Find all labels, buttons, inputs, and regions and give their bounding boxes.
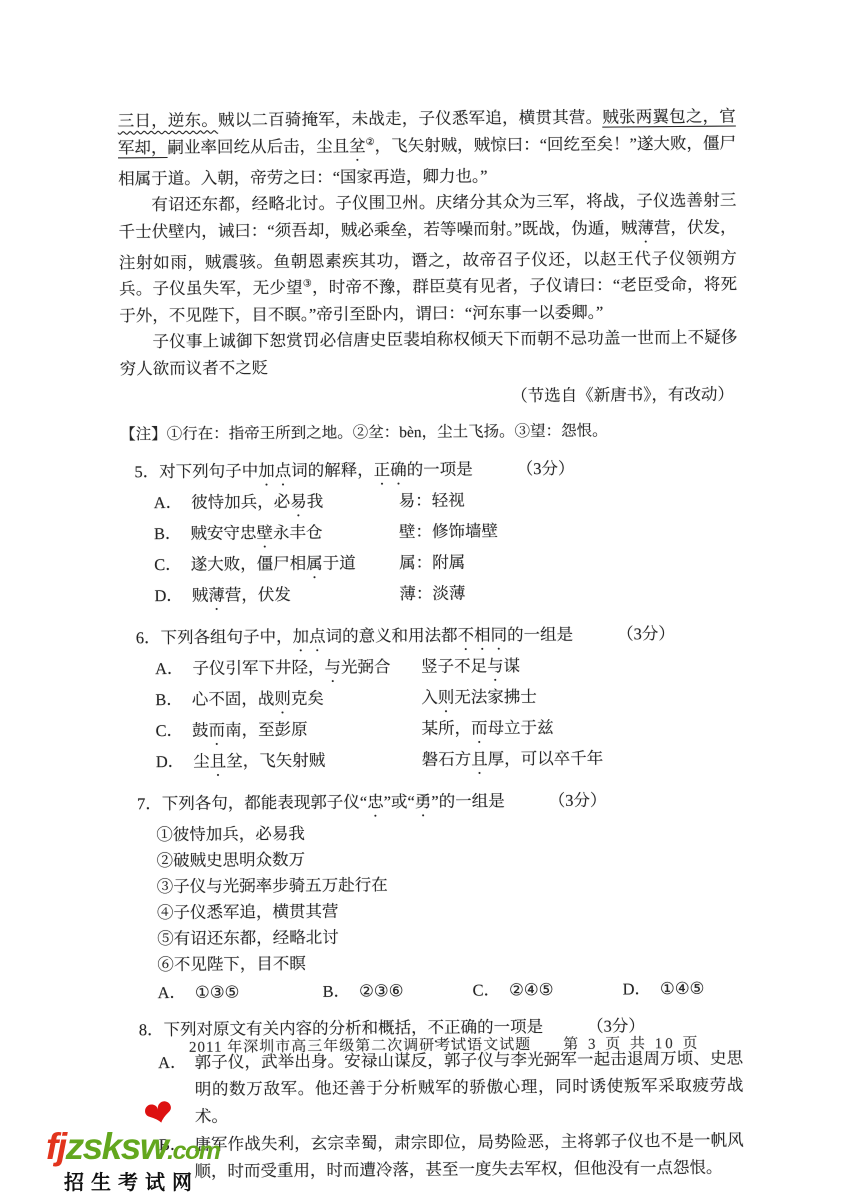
q5-option-b-text: 贼安守忠壁永丰仓: [190, 520, 322, 552]
footer-page-number: 第 3 页 共 10 页: [563, 1036, 700, 1053]
q6-option-c-label: C．: [155, 718, 183, 749]
passage-source-line: （节选自《新唐书》，有改动）: [120, 382, 738, 413]
watermark-site-main: zsksw: [66, 1126, 168, 1167]
q6-option-a-left: 子仪引军下井陉，与光弼合: [192, 654, 390, 687]
q7-stem-text: 7．下列各句，都能表现郭子仪“忠”或“勇”的一组是: [137, 791, 505, 813]
q7-points: （3分）: [549, 791, 607, 810]
q7-stem: 7．下列各句，都能表现郭子仪“忠”或“勇”的一组是（3分）: [123, 787, 741, 823]
q5-option-a-gloss: 易：轻视: [399, 488, 465, 520]
exam-content: 三日，逆东。贼以二百骑掩军，未战走，子仪悉军追，横贯其营。贼张两翼包之，官军却，…: [118, 104, 744, 1186]
q5-option-a: A．彼恃加兵，必易我 易：轻视: [121, 486, 739, 522]
q5-option-c-label: C．: [154, 552, 182, 583]
watermark-caption: 招生考试网: [64, 1166, 199, 1195]
q5-option-c-text: 遂大败，僵尸相属于道: [191, 551, 356, 583]
q5-option-c-gloss: 属：附属: [399, 550, 465, 582]
question-7: 7．下列各句，都能表现郭子仪“忠”或“勇”的一组是（3分） ①彼恃加兵，必易我 …: [123, 787, 743, 1007]
q5-option-d: D．贼薄营，伏发 薄：淡薄: [121, 579, 739, 615]
q7-choice-a: A．①③⑤: [157, 979, 322, 1006]
q6-option-a: A．子仪引军下井陉，与光弼合 竖子不足与谋: [122, 652, 740, 688]
q6-option-b-label: B．: [155, 687, 183, 718]
q5-option-d-gloss: 薄：淡薄: [399, 581, 465, 613]
question-6: 6．下列各组句子中，加点词的意义和用法都不相同的一组是（3分） A．子仪引军下井…: [122, 621, 741, 781]
watermark-logo: ❤ fjzsksw.com 招生考试网: [38, 1100, 268, 1200]
q5-stem: 5．对下列句子中加点词的解释，正确的一项是（3分）: [120, 455, 738, 491]
footer-exam-title: 2011 年深圳市高三年级第二次调研考试语文试题: [189, 1037, 531, 1056]
q6-option-c-left: 鼓而南，至彭原: [192, 717, 308, 749]
q6-stem-text: 6．下列各组句子中，加点词的意义和用法都不相同的一组是: [136, 625, 573, 647]
q7-choice-d: D．①④⑤: [622, 976, 704, 1003]
q5-option-b-label: B．: [154, 521, 182, 552]
q6-option-a-right: 竖子不足与谋: [421, 653, 520, 685]
q6-option-d-right: 磐石方且厚，可以卒千年: [422, 746, 604, 778]
q5-option-d-text: 贼薄营，伏发: [192, 582, 291, 614]
q5-option-a-text: 彼恃加兵，必易我: [191, 489, 323, 521]
q6-option-c-right: 某所，而母立于兹: [421, 715, 553, 747]
q5-points: （3分）: [517, 459, 575, 478]
q8-option-a-text: 郭子仪，武举出身。安禄山谋反，郭子仪与李光弼军一起击退周万顷、史思明的数万敌军。…: [194, 1045, 743, 1130]
q6-option-a-label: A．: [155, 656, 184, 687]
q5-option-c: C．遂大败，僵尸相属于道 属：附属: [121, 548, 739, 584]
watermark-site-tld: .com: [167, 1137, 219, 1165]
q6-option-d-left: 尘且坌，飞矢射贼: [193, 748, 325, 780]
q5-option-b: B．贼安守忠壁永丰仓 壁：修饰墙壁: [121, 517, 739, 553]
q5-option-a-label: A．: [154, 490, 183, 521]
q6-stem: 6．下列各组句子中，加点词的意义和用法都不相同的一组是（3分）: [122, 621, 740, 657]
q6-option-b-left: 心不固，战则克矣: [192, 686, 324, 718]
watermark-site-text: fjzsksw.com: [46, 1128, 219, 1165]
question-5: 5．对下列句子中加点词的解释，正确的一项是（3分） A．彼恃加兵，必易我 易：轻…: [120, 455, 739, 615]
scanned-exam-page: 三日，逆东。贼以二百骑掩军，未战走，子仪悉军追，横贯其营。贼张两翼包之，官军却，…: [0, 0, 850, 1203]
q6-option-b-right: 入则无法家拂士: [421, 684, 537, 716]
passage-paragraph-1: 三日，逆东。贼以二百骑掩军，未战走，子仪悉军追，横贯其营。贼张两翼包之，官军却，…: [118, 104, 737, 193]
q7-choice-b: B．②③⑥: [322, 978, 472, 1005]
q6-option-b: B．心不固，战则克矣 入则无法家拂士: [122, 683, 740, 719]
passage-notes-line: 【注】①行在：指帝王所到之地。②坌：bèn，尘土飞扬。③望：怨恨。: [120, 418, 738, 449]
q6-option-c: C．鼓而南，至彭原 某所，而母立于兹: [122, 714, 740, 750]
q6-option-d: D．尘且坌，飞矢射贼 磐石方且厚，可以卒千年: [123, 745, 741, 781]
passage-paragraph-2: 有诏还东都，经略北讨。子仪围卫州。庆绪分其众为三军，将战，子仪选善射三千士伏壁内…: [118, 188, 737, 330]
q7-item-6: ⑥不见陛下，目不瞑: [124, 948, 742, 979]
watermark-site-prefix: fj: [46, 1126, 66, 1167]
q6-points: （3分）: [617, 624, 675, 643]
q7-answer-row: A．①③⑤ B．②③⑥ C．②④⑤ D．①④⑤: [124, 976, 742, 1007]
q6-option-d-label: D．: [156, 749, 185, 780]
q5-option-d-label: D．: [154, 583, 183, 614]
q5-stem-text: 5．对下列句子中加点词的解释，正确的一项是: [134, 460, 472, 482]
page-footer: 2011 年深圳市高三年级第二次调研考试语文试题第 3 页 共 10 页: [189, 1032, 701, 1057]
q8-option-b-text: 唐军作战失利，玄宗幸蜀，肃宗即位，局势险恶，主将郭子仪也不是一帆风顺，时而受重用…: [194, 1127, 744, 1185]
q7-choice-c: C．②④⑤: [472, 976, 622, 1003]
q5-option-b-gloss: 壁：修饰墙壁: [399, 518, 498, 550]
passage-paragraph-3-unpunctuated: 子仪事上诚御下恕赏罚必信唐史臣裴垍称权倾天下而朝不忌功盖一世而上不疑侈穷人欲而议…: [119, 325, 737, 383]
